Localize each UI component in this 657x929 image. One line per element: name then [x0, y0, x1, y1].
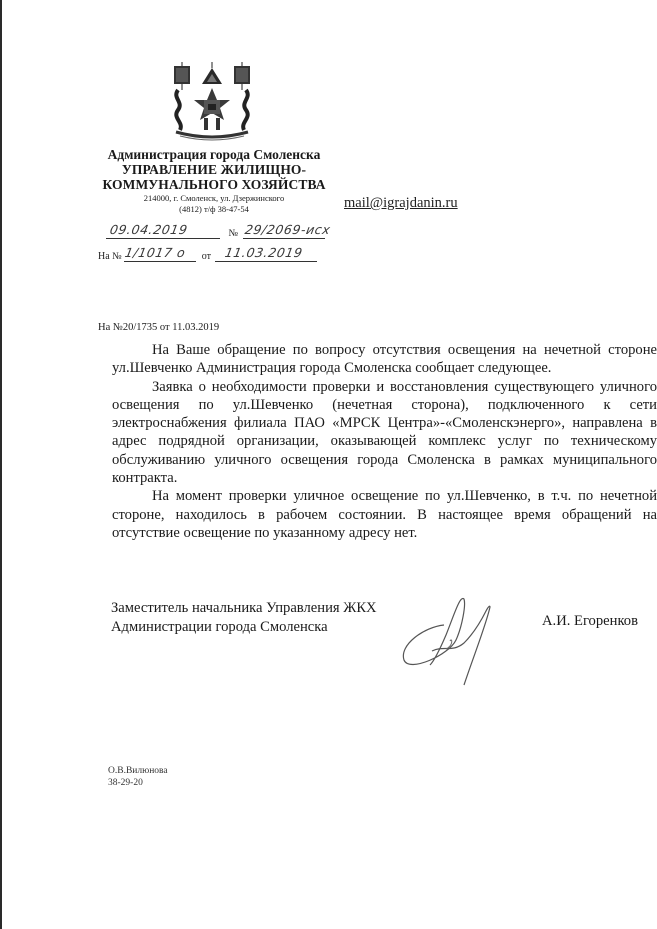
department-line-1: УПРАВЛЕНИЕ ЖИЛИЩНО-: [94, 163, 334, 178]
executor-info: О.В.Вилюнова 38-29-20: [108, 765, 168, 789]
registration-row-reply: На № 1/1017 о от 11.03.2019: [98, 247, 317, 262]
phone: (4812) т/ф 38-47-54: [94, 204, 334, 215]
number-label: №: [229, 228, 239, 239]
org-name: Администрация города Смоленска: [94, 148, 334, 162]
handwritten-reply-date: 11.03.2019: [224, 245, 304, 260]
reply-to-number-field: 1/1017 о: [124, 247, 196, 262]
reply-to-label: На №: [98, 251, 122, 262]
date-field: 09.04.2019: [106, 224, 220, 239]
body-paragraph: На момент проверки уличное освещение по …: [112, 487, 657, 542]
letter-body: На Ваше обращение по вопросу отсутствия …: [112, 341, 657, 542]
outgoing-number-field: 29/2069-исх: [243, 224, 325, 239]
department-line-2: КОММУНАЛЬНОГО ХОЗЯЙСТВА: [94, 178, 334, 193]
signatory-title: Заместитель начальника Управления ЖКХ Ад…: [111, 599, 377, 636]
body-paragraph: На Ваше обращение по вопросу отсутствия …: [112, 341, 657, 378]
signatory-title-line-2: Администрации города Смоленска: [111, 618, 377, 637]
department-name: УПРАВЛЕНИЕ ЖИЛИЩНО- КОММУНАЛЬНОГО ХОЗЯЙС…: [94, 163, 334, 192]
reference-line: На №20/1735 от 11.03.2019: [98, 322, 219, 333]
handwritten-reply-number: 1/1017 о: [124, 245, 187, 260]
executor-name: О.В.Вилюнова: [108, 765, 168, 777]
address: 214000, г. Смоленск, ул. Дзержинского: [94, 193, 334, 204]
from-label: от: [202, 251, 211, 262]
handwritten-outgoing-number: 29/2069-исх: [243, 222, 331, 237]
letterhead-contacts: 214000, г. Смоленск, ул. Дзержинского (4…: [94, 193, 334, 215]
signatory-name: А.И. Егоренков: [542, 613, 638, 630]
reply-to-date-field: 11.03.2019: [215, 247, 317, 262]
handwritten-signature-icon: [394, 585, 504, 695]
registration-row-outgoing: 09.04.2019 № 29/2069-исх: [106, 224, 325, 239]
signatory-title-line-1: Заместитель начальника Управления ЖКХ: [111, 599, 377, 618]
recipient-email: mail@igrajdanin.ru: [344, 195, 458, 212]
letter-page: Администрация города Смоленска УПРАВЛЕНИ…: [0, 0, 657, 929]
executor-phone: 38-29-20: [108, 777, 168, 789]
handwritten-date: 09.04.2019: [109, 222, 189, 237]
coat-of-arms-icon: [168, 60, 256, 144]
body-paragraph: Заявка о необходимости проверки и восста…: [112, 378, 657, 488]
